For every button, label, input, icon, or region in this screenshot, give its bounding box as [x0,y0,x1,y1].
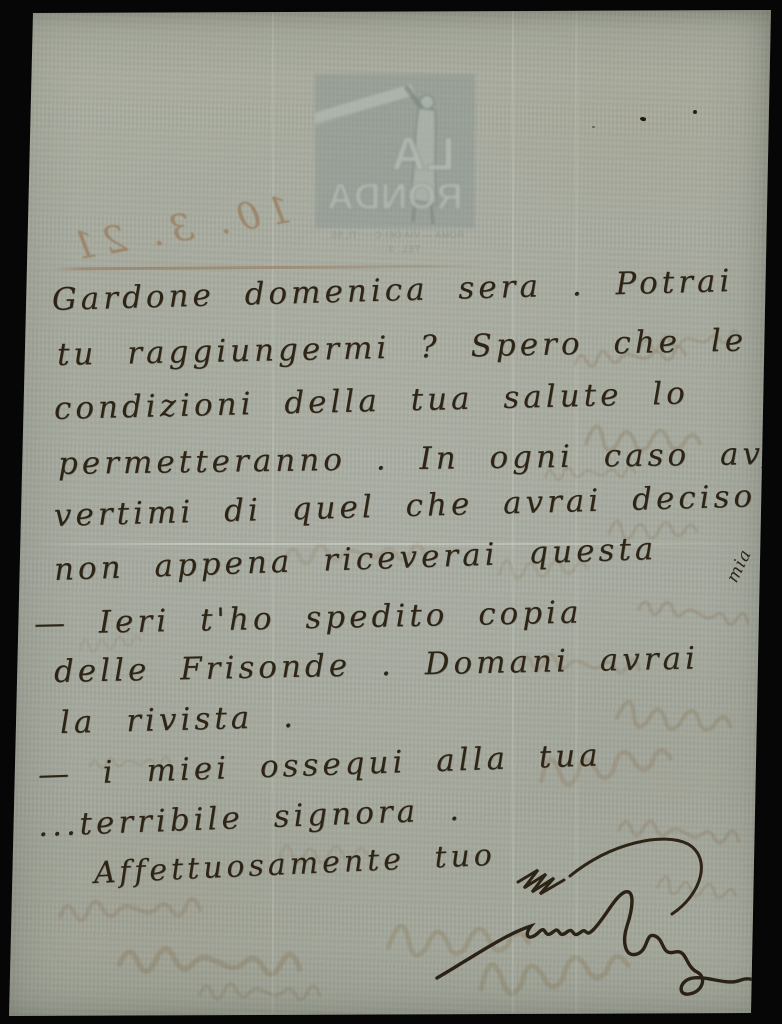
date-underline-stroke [54,264,486,270]
letterhead-address-line1: ROMA — VIA DEI C·····TI, 55. [318,230,474,240]
letter-line-8: delle Frisonde . Domani avrai [54,640,700,690]
letterhead-stamp: LA RONDA [315,74,475,228]
letter-line-7: — Ieri t'ho spedito copia [34,595,583,642]
letter-closing-line: Affettuosamente tuo [93,838,496,891]
handwritten-date: 10. 3. 21 [80,188,294,267]
letter-line-2: tu raggiungermi ? Spero che le [57,323,748,373]
letter-line-5: vertimi di quel che avrai deciso , [53,477,782,534]
signature-flourish [435,882,775,1012]
letter-line-1: Gardone domenica sera . Potrai [51,263,733,318]
letterhead-address-line2: TEL. 3·-·· [346,244,446,254]
letter-line-6: non appena riceverai questa [53,531,658,588]
letter-page: LA RONDA ROMA — VIA DEI C·····TI, 55. TE… [0,0,782,1024]
letter-line-10: — i miei ossequi alla tua [37,737,602,793]
paper-speck [592,126,595,128]
paper-speck [693,110,697,114]
letterhead-title-ronda: RONDA [321,176,469,218]
letterhead-title-la: LA [403,126,455,181]
letter-line-3: condizioni della tua salute lo [54,375,690,427]
margin-word-mia: mia [723,546,756,586]
paper-speck [640,116,647,122]
letter-line-9: la rivista . [60,699,298,741]
letter-line-11: ...terribile signora . [37,792,463,844]
scanned-letter-canvas: LA RONDA ROMA — VIA DEI C·····TI, 55. TE… [0,0,782,1024]
letter-line-4: permetteranno . In ogni caso av, [58,436,775,482]
closing-flourish [512,826,762,926]
